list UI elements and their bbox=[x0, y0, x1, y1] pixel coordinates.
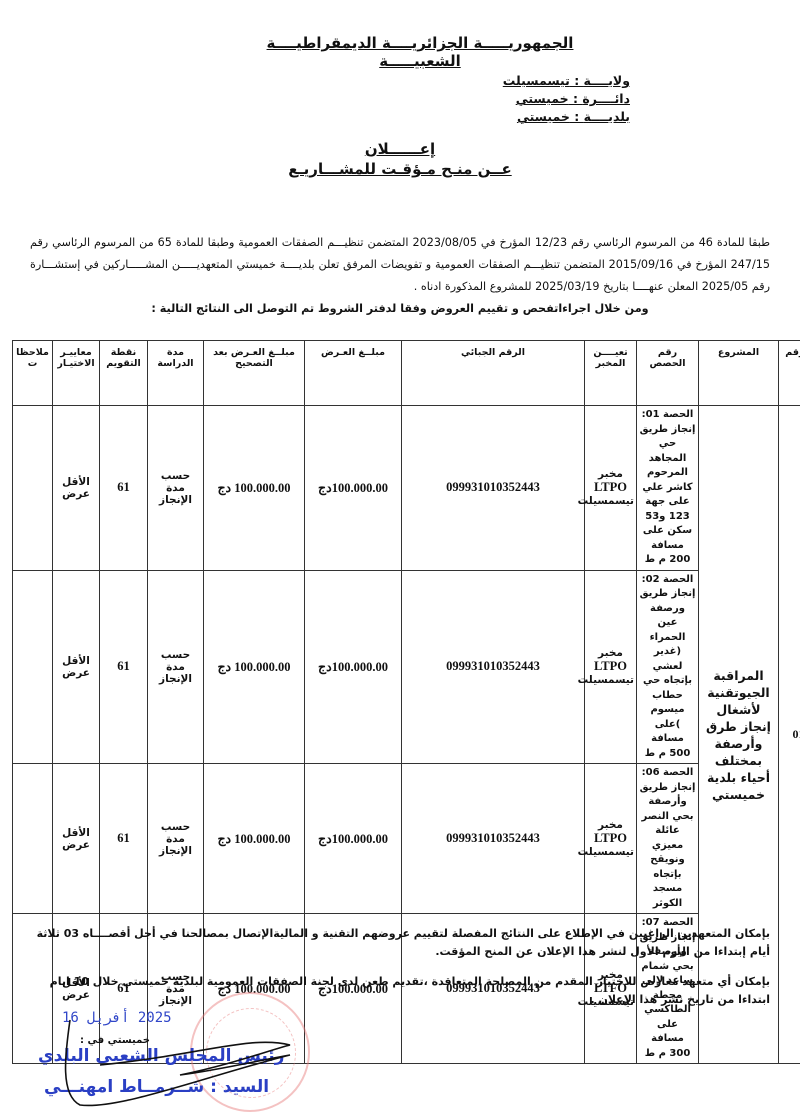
table-row: الحصة 06: إنجاز طريق وأرصفة بحي النصر عا… bbox=[13, 764, 800, 914]
table-row: الحصة 02: إنجاز طريق ورصفة عين الحمراء (… bbox=[13, 570, 800, 764]
lab-cell: مخبرLTPOتيسمسيلت bbox=[585, 570, 637, 764]
table-row: 01 المراقبة الجيوتقنية لأشغال إنجاز طرق … bbox=[13, 406, 800, 571]
header-remarks: ملاحظا ت bbox=[13, 341, 53, 406]
wilaya-line: ولايــــة : تيسمسيلت bbox=[470, 72, 630, 90]
offer-amount: 100.000.00دج bbox=[305, 764, 402, 914]
corrected-amount: 100.000.00 دج bbox=[204, 764, 305, 914]
consultation-note: بإمكان المتعهدين الراغبين في الإطلاع على… bbox=[30, 925, 770, 961]
announcement-title: إعــــــلان bbox=[300, 140, 500, 158]
project-number: 01 bbox=[779, 406, 800, 1064]
score: 61 bbox=[100, 570, 148, 764]
results-lead-in: ومن خلال اجراءاتفحص و تقييم العروض وفقا … bbox=[30, 298, 770, 320]
notes-block: بإمكان المتعهدين الراغبين في الإطلاع على… bbox=[30, 925, 770, 1021]
score: 61 bbox=[100, 406, 148, 571]
offer-amount: 100.000.00دج bbox=[305, 406, 402, 571]
header-duration: مدة الدراسة bbox=[148, 341, 204, 406]
header-criteria: معاييـر الاختيـار bbox=[53, 341, 100, 406]
tax-id: 099931010352443 bbox=[402, 570, 585, 764]
header-number: الرقم bbox=[779, 341, 800, 406]
legal-basis-paragraph: طبقا للمادة 46 من المرسوم الرئاسي رقم 12… bbox=[30, 232, 770, 298]
selection-criteria: الأقل عرض bbox=[53, 764, 100, 914]
remarks bbox=[13, 406, 53, 571]
corrected-amount: 100.000.00 دج bbox=[204, 570, 305, 764]
daira-line: دائــــرة : خميستي bbox=[470, 90, 630, 108]
baladia-line: بلديــــة : خميستي bbox=[470, 108, 630, 126]
offer-amount: 100.000.00دج bbox=[305, 570, 402, 764]
header-project: المشروع bbox=[699, 341, 779, 406]
table-header-row: الرقم المشروع رقم الحصص تعيــــن المخبر … bbox=[13, 341, 800, 406]
handwritten-signature-icon bbox=[60, 1015, 300, 1115]
republic-heading: الجمهوريـــــة الجزائريــــة الديمقراطيـ… bbox=[230, 34, 610, 70]
tax-id: 099931010352443 bbox=[402, 406, 585, 571]
admin-block: ولايــــة : تيسمسيلت دائــــرة : خميستي … bbox=[470, 72, 630, 126]
header-lab: تعيــــن المخبر bbox=[585, 341, 637, 406]
header-score: نقطة التقويم bbox=[100, 341, 148, 406]
selection-criteria: الأقل عرض bbox=[53, 406, 100, 571]
study-duration: حسب مدة الإنجاز bbox=[148, 764, 204, 914]
header-corrected-amount: مبلــغ العـرض بعد التصحيح bbox=[204, 341, 305, 406]
lot-description: الحصة 06: إنجاز طريق وأرصفة بحي النصر عا… bbox=[637, 764, 699, 914]
lab-cell: مخبرLTPOتيسمسيلت bbox=[585, 764, 637, 914]
study-duration: حسب مدة الإنجاز bbox=[148, 406, 204, 571]
selection-criteria: الأقل عرض bbox=[53, 570, 100, 764]
corrected-amount: 100.000.00 دج bbox=[204, 406, 305, 571]
header-lot-number: رقم الحصص bbox=[637, 341, 699, 406]
intro-text: طبقا للمادة 46 من المرسوم الرئاسي رقم 12… bbox=[30, 232, 770, 320]
header-tax-id: الرقم الجبائي bbox=[402, 341, 585, 406]
study-duration: حسب مدة الإنجاز bbox=[148, 570, 204, 764]
remarks bbox=[13, 764, 53, 914]
announcement-subtitle: عــن منـح مـؤقـت للمشـــاريـع bbox=[260, 160, 540, 178]
remarks bbox=[13, 570, 53, 764]
appeal-note: بإمكان أي متعهد معارض للاختيار المقدم من… bbox=[30, 973, 770, 1009]
score: 61 bbox=[100, 764, 148, 914]
lot-description: الحصة 02: إنجاز طريق ورصفة عين الحمراء (… bbox=[637, 570, 699, 764]
tax-id: 099931010352443 bbox=[402, 764, 585, 914]
lab-cell: مخبرLTPOتيسمسيلت bbox=[585, 406, 637, 571]
header-offer-amount: مبلــغ العـرض bbox=[305, 341, 402, 406]
lot-description: الحصة 01: إنجاز طريق حي المجاهد المرحوم … bbox=[637, 406, 699, 571]
